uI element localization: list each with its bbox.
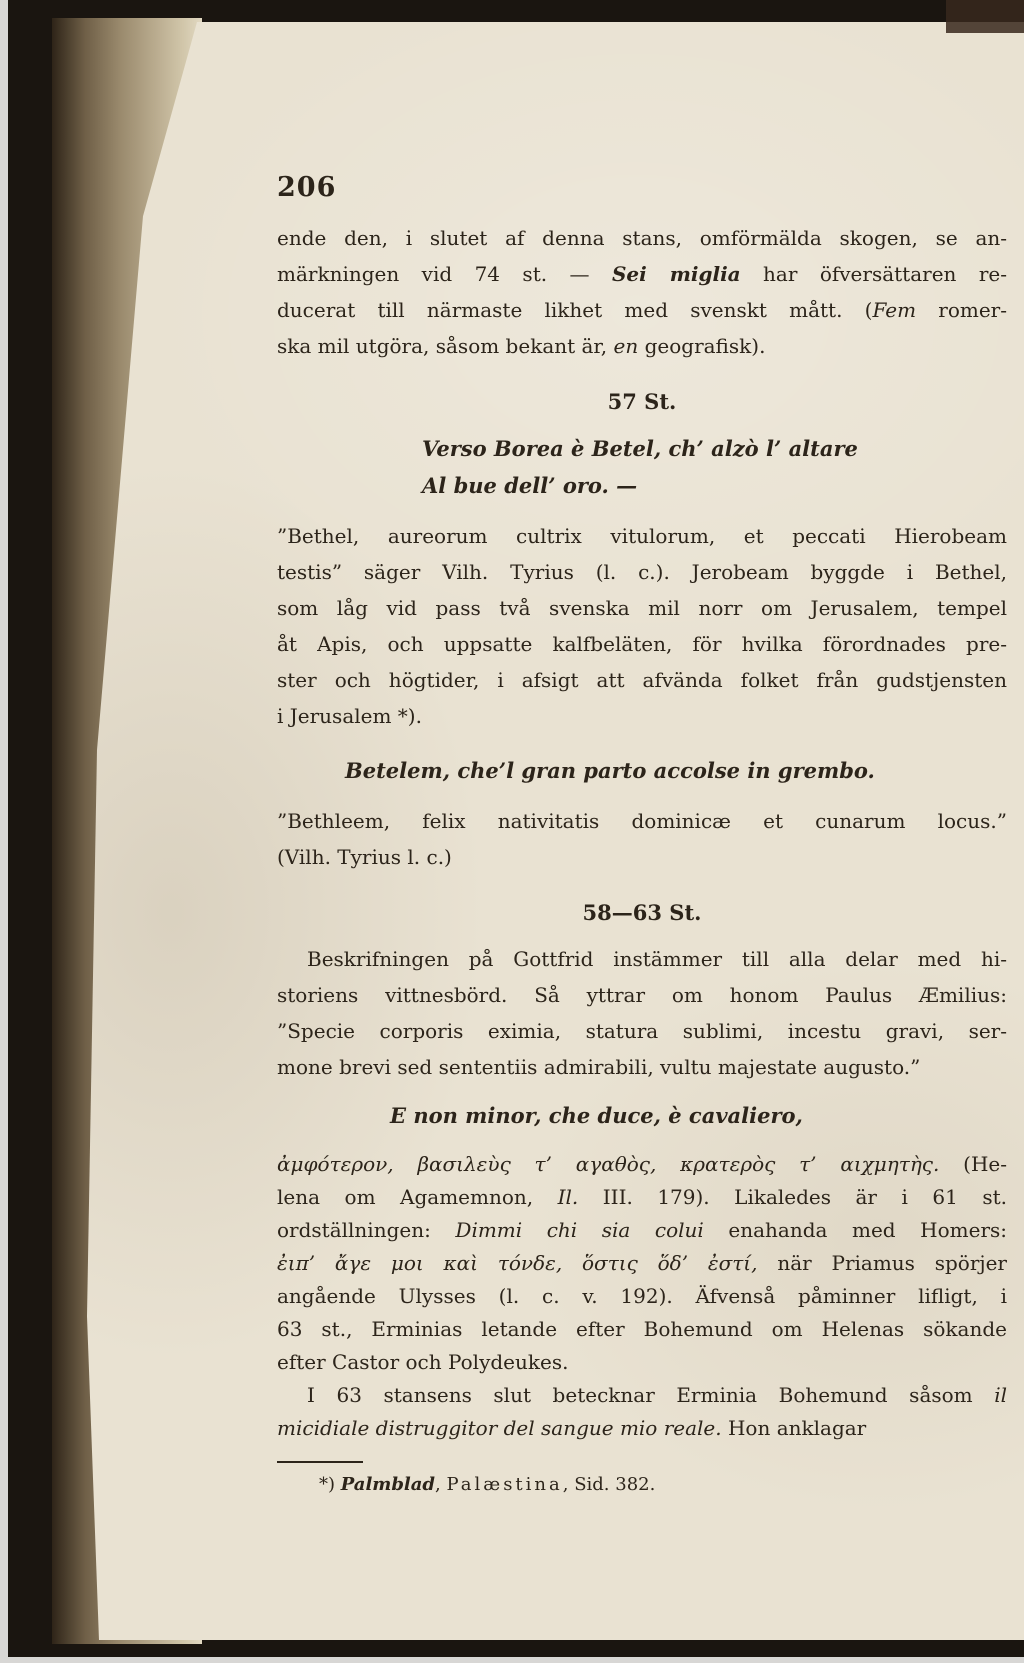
text-segment: (He- [939, 1152, 1007, 1176]
text-segment: ordställningen: [277, 1218, 455, 1242]
stanza-heading: 57 St. [277, 384, 1007, 420]
paragraph: ”Bethel, aureorum cultrix vitulorum, et … [277, 518, 1007, 734]
text-segment: , Sid. 382. [563, 1474, 656, 1495]
corner-shadow [946, 0, 1024, 33]
text-segment: ἀμφότερον, βασιλεὺς τ’ αγαθὸς, κρατερὸς … [277, 1152, 939, 1176]
text-segment: storiens vittnesbörd. Så yttrar om honom… [277, 983, 1007, 1007]
verse-line: Betelem, che’l gran parto accolse in gre… [345, 752, 1007, 789]
text-segment: romer- [916, 298, 1007, 322]
text-line: ducerat till närmaste likhet med svenskt… [277, 292, 1007, 328]
text-segment: ”Specie corporis eximia, statura sublimi… [277, 1019, 1007, 1043]
text-segment: i Jerusalem *). [277, 704, 422, 728]
paragraph: ende den, i slutet af denna stans, omför… [277, 220, 1007, 364]
text-line: ”Bethleem, felix nativitatis dominicæ et… [277, 803, 1007, 839]
text-line: mone brevi sed sententiis admirabili, vu… [277, 1049, 1007, 1085]
text-line: ”Bethel, aureorum cultrix vitulorum, et … [277, 518, 1007, 554]
text-segment: som låg vid pass två svenska mil norr om… [277, 596, 1007, 620]
text-line: i Jerusalem *). [277, 698, 1007, 734]
footnote-rule [277, 1461, 363, 1463]
text-line: I 63 stansens slut betecknar Erminia Boh… [277, 1379, 1007, 1412]
stanza-heading: 58—63 St. [277, 895, 1007, 931]
verse-quote: Betelem, che’l gran parto accolse in gre… [345, 752, 1007, 789]
text-line: testis” säger Vilh. Tyrius (l. c.). Jero… [277, 554, 1007, 590]
text-segment: en [614, 334, 639, 358]
text-segment: märkningen vid 74 st. — [277, 262, 612, 286]
verse-line: Verso Borea è Betel, ch’ alzò l’ altare [422, 430, 1007, 467]
text-segment: Palæstina [446, 1474, 562, 1495]
text-segment: mone brevi sed sententiis admirabili, vu… [277, 1055, 920, 1079]
text-line: åt Apis, och uppsatte kalfbeläten, för h… [277, 626, 1007, 662]
text-line: ster och högtider, i afsigt att afvända … [277, 662, 1007, 698]
paragraph: I 63 stansens slut betecknar Erminia Boh… [277, 1379, 1007, 1445]
text-line: ἀμφότερον, βασιλεὺς τ’ αγαθὸς, κρατερὸς … [277, 1148, 1007, 1181]
text-segment: il [994, 1383, 1007, 1407]
text-line: som låg vid pass två svenska mil norr om… [277, 590, 1007, 626]
text-line: efter Castor och Polydeukes. [277, 1346, 1007, 1379]
text-line: storiens vittnesbörd. Så yttrar om honom… [277, 977, 1007, 1013]
text-segment: ster och högtider, i afsigt att afvända … [277, 668, 1007, 692]
text-line: micidiale distruggitor del sangue mio re… [277, 1412, 1007, 1445]
text-segment: testis” säger Vilh. Tyrius (l. c.). Jero… [277, 560, 1007, 584]
text-segment: 63 st., Erminias letande efter Bohemund … [277, 1317, 1007, 1341]
text-segment: efter Castor och Polydeukes. [277, 1350, 568, 1374]
text-line: ἐιπ’ ἄγε μοι καὶ τόνδε, ὅστις ὅδ’ ἐστί, … [277, 1247, 1007, 1280]
text-line: ska mil utgöra, såsom bekant är, en geog… [277, 328, 1007, 364]
text-segment: III. 179). Likaledes är i 61 st. [578, 1185, 1007, 1209]
text-segment: I 63 stansens slut betecknar Erminia Boh… [307, 1383, 994, 1407]
page-surface: 206 ende den, i slutet af denna stans, o… [55, 22, 1024, 1640]
text-segment: ”Bethel, aureorum cultrix vitulorum, et … [277, 524, 1007, 548]
text-segment: Beskrifningen på Gottfrid instämmer till… [307, 947, 1007, 971]
text-segment: ska mil utgöra, såsom bekant är, [277, 334, 614, 358]
paragraph: ”Bethleem, felix nativitatis dominicæ et… [277, 803, 1007, 875]
text-segment: har öfversättaren re- [741, 262, 1007, 286]
verse-line: E non minor, che duce, è cavaliero, [390, 1097, 1007, 1134]
text-segment: *) [319, 1474, 341, 1495]
text-segment: Il. [558, 1185, 579, 1209]
text-segment: när Priamus spörjer [758, 1251, 1007, 1275]
verse-line: Al bue dell’ oro. — [422, 467, 1007, 504]
text-segment: micidiale distruggitor del sangue mio re… [277, 1416, 722, 1440]
text-line: ende den, i slutet af denna stans, omför… [277, 220, 1007, 256]
page-number: 206 [277, 170, 1007, 206]
footnote: *) Palmblad, Palæstina, Sid. 382. [277, 1471, 1007, 1499]
paragraph: Beskrifningen på Gottfrid instämmer till… [277, 941, 1007, 1085]
text-segment: ἐιπ’ ἄγε μοι καὶ τόνδε, ὅστις ὅδ’ ἐστί, [277, 1251, 758, 1275]
text-segment: ende den, i slutet af denna stans, omför… [277, 226, 1007, 250]
text-segment: Fem [872, 298, 916, 322]
text-segment: , [435, 1474, 446, 1495]
text-segment: ducerat till närmaste likhet med svenskt… [277, 298, 872, 322]
text-line: märkningen vid 74 st. — Sei miglia har ö… [277, 256, 1007, 292]
verse-quote: E non minor, che duce, è cavaliero, [390, 1097, 1007, 1134]
text-line: ordställningen: Dimmi chi sia colui enah… [277, 1214, 1007, 1247]
text-line: ”Specie corporis eximia, statura sublimi… [277, 1013, 1007, 1049]
text-segment: Dimmi chi sia colui [455, 1218, 703, 1242]
text-segment: Palmblad [341, 1474, 435, 1495]
text-line: angående Ulysses (l. c. v. 192). Äfvenså… [277, 1280, 1007, 1313]
text-segment: enahanda med Homers: [704, 1218, 1007, 1242]
text-segment: angående Ulysses (l. c. v. 192). Äfvenså… [277, 1284, 1007, 1308]
text-segment: åt Apis, och uppsatte kalfbeläten, för h… [277, 632, 1007, 656]
text-segment: Hon anklagar [722, 1416, 867, 1440]
scanned-book-page: 206 ende den, i slutet af denna stans, o… [0, 0, 1024, 1663]
text-line: lena om Agamemnon, Il. III. 179). Likale… [277, 1181, 1007, 1214]
text-line: (Vilh. Tyrius l. c.) [277, 839, 1007, 875]
verse-quote: Verso Borea è Betel, ch’ alzò l’ altareA… [422, 430, 1007, 504]
text-segment: geografisk). [638, 334, 765, 358]
text-segment: (Vilh. Tyrius l. c.) [277, 845, 452, 869]
text-segment: ”Bethleem, felix nativitatis dominicæ et… [277, 809, 1007, 833]
text-line: 63 st., Erminias letande efter Bohemund … [277, 1313, 1007, 1346]
text-block: 206 ende den, i slutet af denna stans, o… [277, 170, 1007, 1499]
text-segment: lena om Agamemnon, [277, 1185, 558, 1209]
text-line: Beskrifningen på Gottfrid instämmer till… [277, 941, 1007, 977]
paragraph: ἀμφότερον, βασιλεὺς τ’ αγαθὸς, κρατερὸς … [277, 1148, 1007, 1379]
text-segment: Sei miglia [612, 262, 741, 286]
